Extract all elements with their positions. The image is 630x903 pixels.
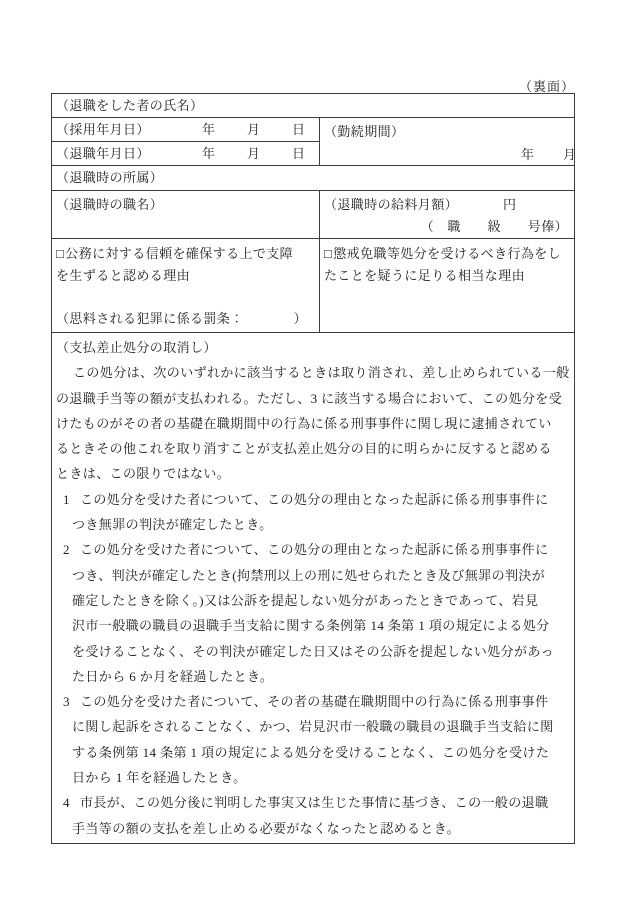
retire-date-cell: （退職年月日） 年 月 日 bbox=[52, 142, 320, 166]
disciplinary-reason-text: □懲戒免職等処分を受けるべき行為をし たことを疑うに足りる相当な理由 bbox=[324, 243, 570, 286]
table-row: □公務に対する信頼を確保する上で支障 を生ずると認める理由 （思料される犯罪に係… bbox=[52, 239, 575, 333]
item-number: 4 bbox=[63, 790, 80, 815]
service-period-cell: （勤続期間） 年 月 bbox=[320, 118, 575, 166]
suspension-text-line: 4市長が、この処分後に判明した事実又は生じた事情に基づき、この一般の退職 bbox=[56, 790, 570, 815]
service-period-year-unit: 年 bbox=[521, 144, 534, 163]
penal-provision-line: （思料される犯罪に係る罰条： ） bbox=[56, 308, 315, 330]
department-label: （退職時の所属） bbox=[56, 170, 163, 185]
suspension-text-line: た日から 6 か月を経過したとき。 bbox=[56, 664, 570, 689]
penal-close-paren: ） bbox=[294, 308, 307, 330]
suspension-text-line: 3この処分を受けた者について、その者の基礎在職期間中の行為に係る刑事事件 bbox=[56, 689, 570, 714]
service-period-month-unit: 月 bbox=[563, 144, 575, 163]
suspension-text-line: の退職手当等の額が支払われる。ただし、3 に該当する場合において、この処分を受 bbox=[56, 386, 570, 411]
department-cell: （退職時の所属） bbox=[52, 166, 575, 191]
suspension-text-line: 2この処分を受けた者について、この処分の理由となった起訴に係る刑事事件に bbox=[56, 537, 570, 562]
salary-yen-unit: 円 bbox=[503, 194, 516, 216]
suspension-text-line: ときは、この限りではない。 bbox=[56, 461, 570, 486]
table-row: （退職時の職名） （退職時の給料月額） 円 （ 職 級 号俸） bbox=[52, 191, 575, 239]
hire-date-month-unit: 月 bbox=[247, 118, 260, 141]
checkbox-icon: □ bbox=[56, 246, 64, 261]
suspension-text-line: つき無罪の判決が確定したとき。 bbox=[56, 512, 570, 537]
salary-label: （退職時の給料月額） bbox=[324, 191, 570, 216]
table-row: （退職時の所属） bbox=[52, 166, 575, 191]
suspension-text-line: する条例第 14 条第 1 項の規定による処分を受けることなく、この処分を受けた bbox=[56, 740, 570, 765]
table-row: （支払差止処分の取消し） この処分は、次のいずれかに該当するときは取り消され、差… bbox=[52, 333, 575, 844]
retire-date-day-unit: 日 bbox=[292, 142, 305, 165]
retiree-name-label: （退職をした者の氏名） bbox=[56, 98, 203, 113]
suspension-text-line: 1この処分を受けた者について、この処分の理由となった起訴に係る刑事事件に bbox=[56, 487, 570, 512]
trust-impair-reason-cell: □公務に対する信頼を確保する上で支障 を生ずると認める理由 （思料される犯罪に係… bbox=[52, 239, 320, 333]
table-row: （退職をした者の氏名） bbox=[52, 94, 575, 118]
retirement-form-table: （退職をした者の氏名） （採用年月日） 年 月 日 （勤続期間） 年 月 （退職… bbox=[51, 93, 575, 844]
retiree-name-cell: （退職をした者の氏名） bbox=[52, 94, 575, 118]
suspension-text-line: るときその他これを取り消すことが支払差止処分の目的に明らかに反すると認める bbox=[56, 436, 570, 461]
suspension-text-line: この処分は、次のいずれかに該当するときは取り消され、差し止められている一般 bbox=[56, 360, 570, 385]
suspension-text-line: けたものがその者の基礎在職期間中の行為に係る刑事事件に関し現に逮捕されてい bbox=[56, 411, 570, 436]
item-number: 1 bbox=[63, 487, 80, 512]
suspension-text-line: 確定したときを除く。)又は公訴を提起しない処分があったときであって、岩見 bbox=[56, 588, 570, 613]
suspension-text-line: つき、判決が確定したとき(拘禁刑以上の刑に処せられたとき及び無罪の判決が bbox=[56, 563, 570, 588]
table-row: （採用年月日） 年 月 日 （勤続期間） 年 月 bbox=[52, 118, 575, 142]
retire-date-label: （退職年月日） bbox=[56, 146, 150, 161]
retire-date-year-unit: 年 bbox=[202, 142, 215, 165]
service-period-label: （勤続期間） bbox=[324, 118, 570, 140]
salary-grade-line: （ 職 級 号俸） bbox=[324, 216, 570, 238]
hire-date-label: （採用年月日） bbox=[56, 122, 150, 137]
hire-date-year-unit: 年 bbox=[202, 118, 215, 141]
job-title-label: （退職時の職名） bbox=[56, 191, 315, 216]
item-number: 3 bbox=[63, 689, 80, 714]
job-title-cell: （退職時の職名） bbox=[52, 191, 320, 239]
trust-impair-reason-text: □公務に対する信頼を確保する上で支障 を生ずると認める理由 bbox=[56, 243, 315, 286]
suspension-text-line: 沢市一般職の職員の退職手当支給に関する条例第 14 条第 1 項の規定による処分 bbox=[56, 613, 570, 638]
payment-suspension-cell: （支払差止処分の取消し） この処分は、次のいずれかに該当するときは取り消され、差… bbox=[52, 333, 575, 844]
hire-date-day-unit: 日 bbox=[292, 118, 305, 141]
retire-date-month-unit: 月 bbox=[247, 142, 260, 165]
suspension-body: この処分は、次のいずれかに該当するときは取り消され、差し止められている一般の退職… bbox=[56, 360, 570, 841]
suspension-text-line: 日から 1 年を経過したとき。 bbox=[56, 765, 570, 790]
suspension-heading: （支払差止処分の取消し） bbox=[56, 335, 570, 360]
suspension-text-line: 手当等の額の支払を差し止める必要がなくなったと認めるとき。 bbox=[56, 816, 570, 841]
hire-date-cell: （採用年月日） 年 月 日 bbox=[52, 118, 320, 142]
disciplinary-reason-cell: □懲戒免職等処分を受けるべき行為をし たことを疑うに足りる相当な理由 bbox=[320, 239, 575, 333]
salary-cell: （退職時の給料月額） 円 （ 職 級 号俸） bbox=[320, 191, 575, 239]
suspension-text-line: を受けることなく、その判決が確定した日又はその公訴を提起しない処分があっ bbox=[56, 639, 570, 664]
checkbox-icon: □ bbox=[324, 246, 332, 261]
item-number: 2 bbox=[63, 537, 80, 562]
suspension-text-line: に関し起訴をされることなく、かつ、岩見沢市一般職の職員の退職手当支給に関 bbox=[56, 714, 570, 739]
